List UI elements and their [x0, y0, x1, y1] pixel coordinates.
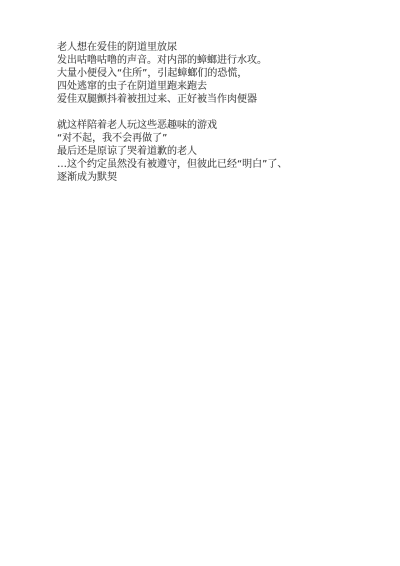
text-line: “对不起，我不会再做了”: [57, 132, 377, 145]
text-page: 老人想在爱佳的阴道里放尿 发出咕噜咕噜的声音。对内部的蟑螂进行水攻。 大量小便侵…: [0, 0, 400, 566]
text-block: 老人想在爱佳的阴道里放尿 发出咕噜咕噜的声音。对内部的蟑螂进行水攻。 大量小便侵…: [57, 41, 377, 197]
paragraph-2: 就这样陪着老人玩这些恶趣味的游戏 “对不起，我不会再做了” 最后还是原谅了哭着道…: [57, 119, 377, 184]
text-line: 发出咕噜咕噜的声音。对内部的蟑螂进行水攻。: [57, 54, 377, 67]
paragraph-1: 老人想在爱佳的阴道里放尿 发出咕噜咕噜的声音。对内部的蟑螂进行水攻。 大量小便侵…: [57, 41, 377, 106]
text-line: 逐渐成为默契: [57, 171, 377, 184]
text-line: 最后还是原谅了哭着道歉的老人: [57, 145, 377, 158]
text-line: 爱佳双腿颤抖着被扭过来、正好被当作肉便器: [57, 93, 377, 106]
text-line: 老人想在爱佳的阴道里放尿: [57, 41, 377, 54]
text-line: 大量小便侵入“住所”，引起蟑螂们的恐慌，: [57, 67, 377, 80]
text-line: 四处逃窜的虫子在阴道里跑来跑去: [57, 80, 377, 93]
text-line: …这个约定虽然没有被遵守，但彼此已经“明白”了、: [57, 158, 377, 171]
text-line: 就这样陪着老人玩这些恶趣味的游戏: [57, 119, 377, 132]
